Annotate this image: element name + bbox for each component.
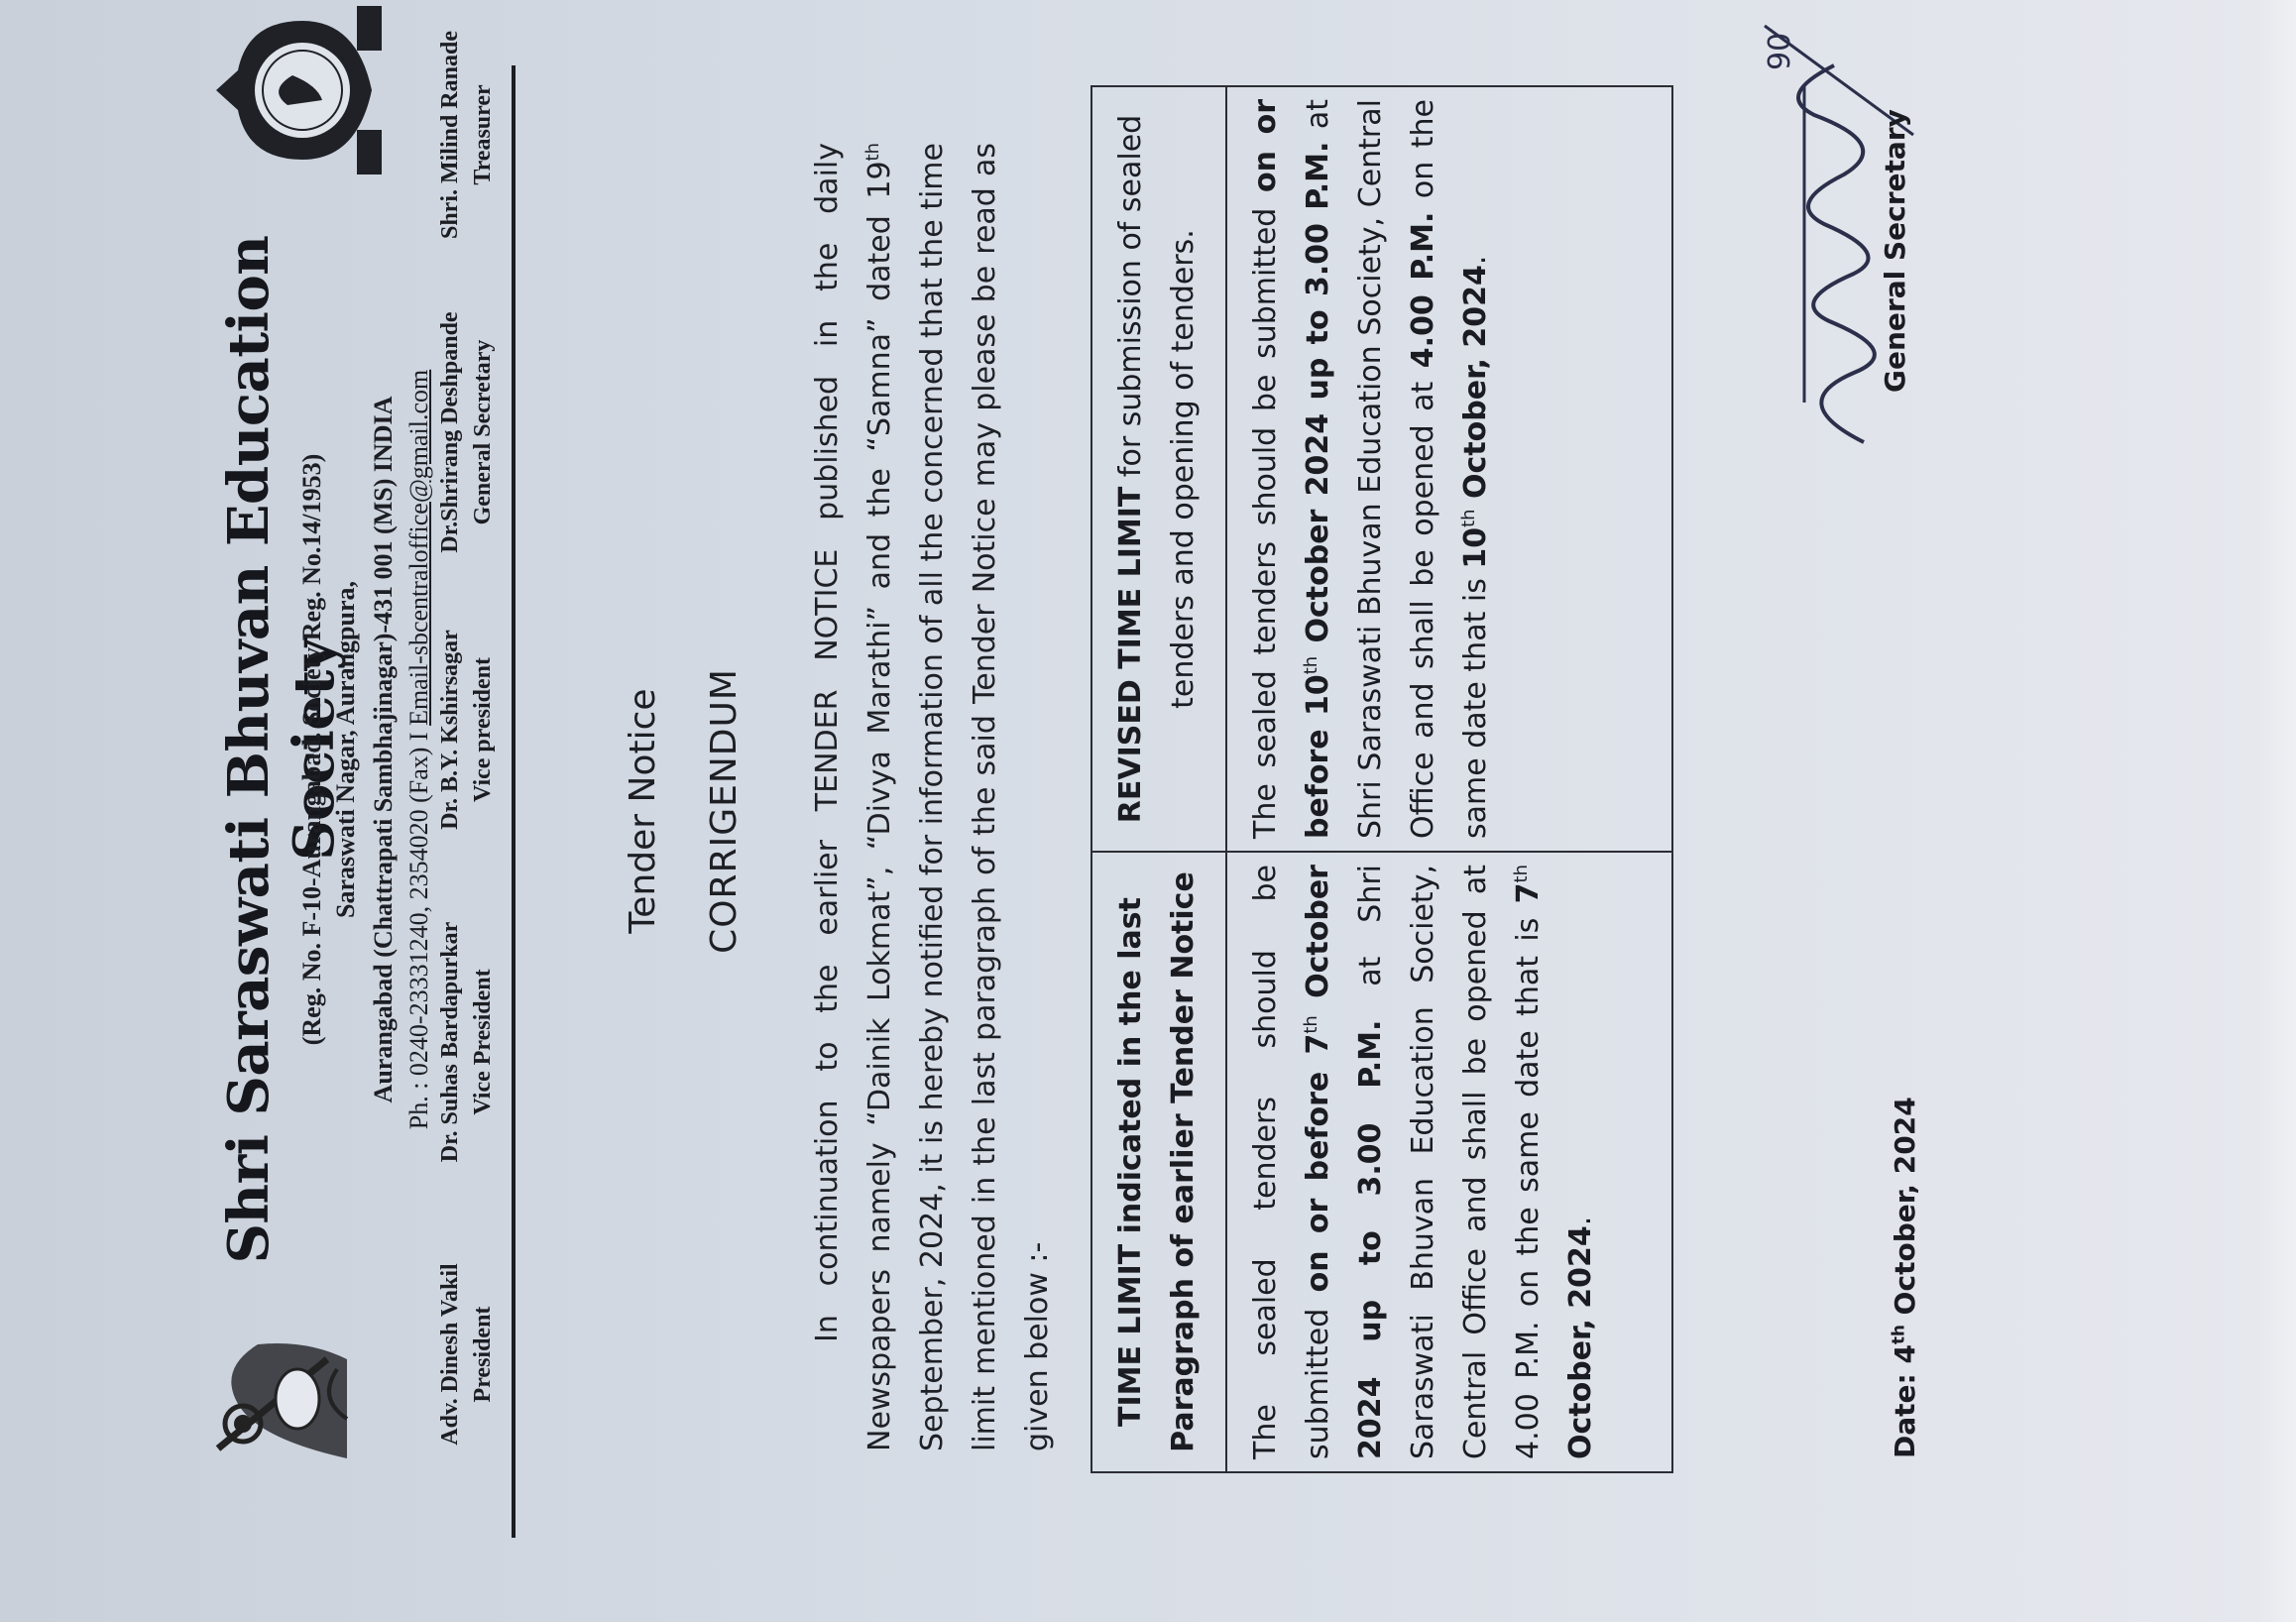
bearer-vice-president-2: Dr. B.Y. Kshirsagar Vice president — [434, 601, 500, 859]
svg-text:90: 90 — [1763, 33, 1797, 70]
notice-date: Date: 4th October, 2024 — [1889, 1097, 1921, 1458]
organization-name: Shri Saraswati Bhuvan Education Society — [216, 174, 347, 1325]
bearer-general-secretary: Dr.Shrirang Deshpande General Secretary — [434, 289, 500, 576]
contact-line: Ph. : 0240-23331240, 2354020 (Fax) I Ema… — [404, 174, 434, 1325]
bearer-president: Adv. Dinesh Vakil President — [434, 1240, 500, 1468]
header-divider — [512, 65, 516, 1538]
letterhead: Shri Saraswati Bhuvan Education Society … — [178, 6, 516, 1533]
notice-subtitle: CORRIGENDUM — [704, 0, 745, 1622]
saraswati-emblem-icon — [198, 1330, 367, 1478]
revised-time-limit-cell: The sealed tenders should be submitted o… — [1226, 86, 1672, 852]
original-time-limit-cell: The sealed tenders should be submitted o… — [1226, 852, 1672, 1472]
intro-paragraph: In continuation to the earlier TENDER NO… — [801, 143, 1064, 1451]
document-page: Shri Saraswati Bhuvan Education Society … — [0, 0, 2296, 1622]
society-seal-icon — [208, 1, 397, 179]
address-line-2: Aurangabad (Chattrapati Sambhajinagar)-4… — [369, 174, 399, 1325]
header-original-time-limit: TIME LIMIT indicated in the last Paragra… — [1091, 852, 1226, 1472]
header-revised-time-limit: REVISED TIME LIMIT for submission of sea… — [1091, 86, 1226, 852]
handwritten-signature-icon: 90 — [1745, 6, 1943, 462]
email-link[interactable]: Email-sbcentraloffice@gmail.com — [404, 370, 433, 726]
notice-title: Tender Notice — [623, 0, 663, 1622]
office-bearers: Adv. Dinesh Vakil President Dr. Suhas Ba… — [434, 6, 514, 1533]
bearer-vice-president-1: Dr. Suhas Bardapurkar Vice President — [434, 893, 500, 1191]
address-line-1: Saraswati Nagar, Aurangpura, — [331, 174, 361, 1325]
table-header-row: TIME LIMIT indicated in the last Paragra… — [1091, 86, 1226, 1472]
registration-line: (Reg. No. F-10-Aurangabad. Society Reg. … — [297, 174, 327, 1325]
phone-fax: Ph. : 0240-23331240, 2354020 (Fax) I — [404, 726, 433, 1129]
table-row: The sealed tenders should be submitted o… — [1226, 86, 1672, 1472]
signatory-title: General Secretary — [1879, 109, 1911, 393]
bearer-treasurer: Shri. Milind Ranade Treasurer — [434, 6, 500, 264]
time-limit-table: TIME LIMIT indicated in the last Paragra… — [1091, 85, 1673, 1473]
